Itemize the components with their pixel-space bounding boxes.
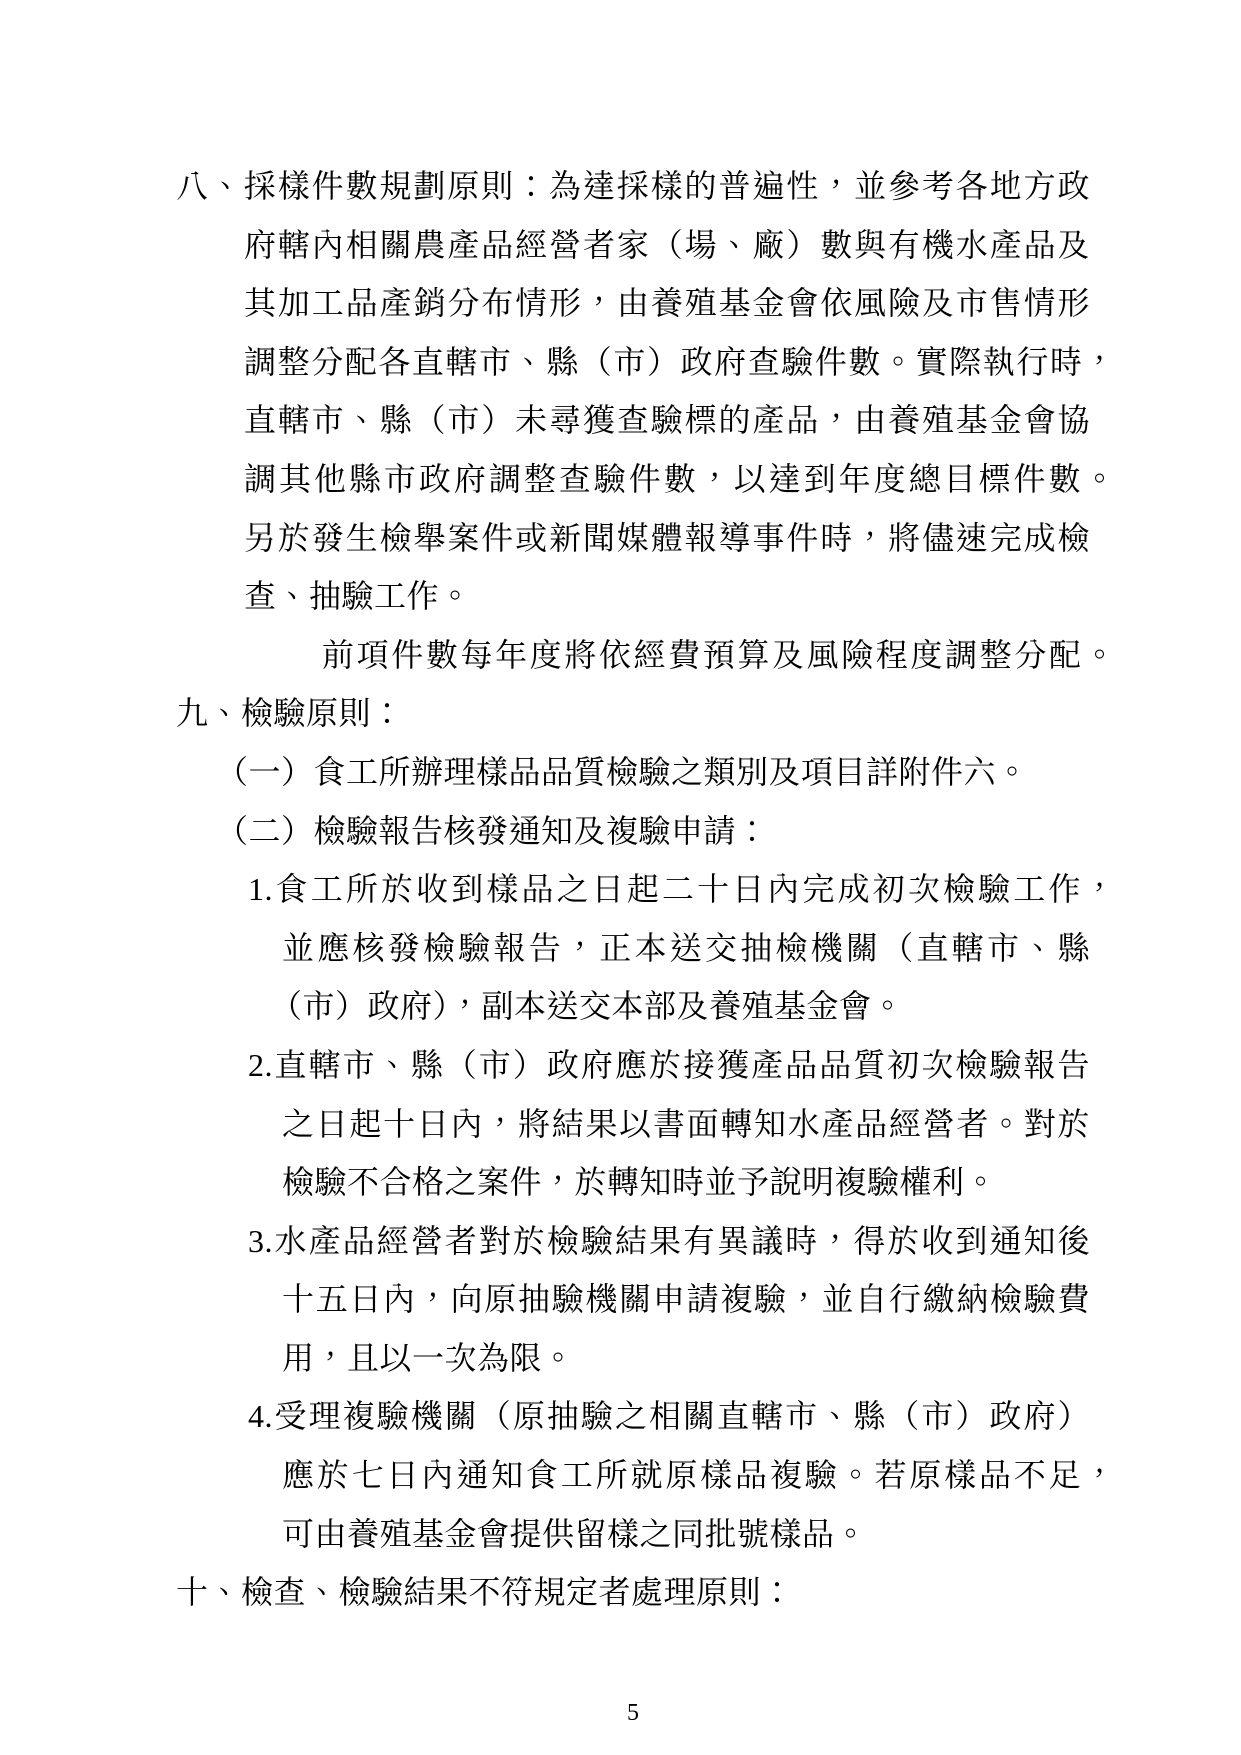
document-page: 八、採樣件數規劃原則：為達採樣的普遍性，並參考各地方政府轄內相關農產品經營者家（… <box>0 0 1241 1755</box>
text-line: 八、採樣件數規劃原則：為達採樣的普遍性，並參考各地方政 <box>176 157 1090 216</box>
document-body: 八、採樣件數規劃原則：為達採樣的普遍性，並參考各地方政府轄內相關農產品經營者家（… <box>0 157 1241 1622</box>
text-line: 應於七日內通知食工所就原樣品複驗。若原樣品不足， <box>282 1446 1116 1505</box>
page-number: 5 <box>176 1700 1090 1726</box>
text-line: 直轄市、縣（市）未尋獲查驗標的產品，由養殖基金會協 <box>244 391 1090 450</box>
text-line: 查、抽驗工作。 <box>244 567 1241 626</box>
text-line: 檢驗不合格之案件，於轉知時並予說明複驗權利。 <box>282 1153 1241 1212</box>
text-line: 並應核發檢驗報告，正本送交抽檢機關（直轄市、縣 <box>282 919 1090 978</box>
text-line: 4.受理複驗機關（原抽驗之相關直轄市、縣（市）政府） <box>248 1387 1090 1446</box>
text-line: 調整分配各直轄市、縣（市）政府查驗件數。實際執行時， <box>244 333 1116 392</box>
text-line: 九、檢驗原則： <box>176 684 1241 743</box>
text-line: 其加工品產銷分布情形，由養殖基金會依風險及市售情形 <box>244 274 1090 333</box>
text-line: 用，且以一次為限。 <box>282 1329 1241 1388</box>
text-line: 十五日內，向原抽驗機關申請複驗，並自行繳納檢驗費 <box>282 1270 1090 1329</box>
text-line: 2.直轄市、縣（市）政府應於接獲產品品質初次檢驗報告 <box>248 1036 1090 1095</box>
text-line: 可由養殖基金會提供留樣之同批號樣品。 <box>282 1505 1241 1564</box>
text-line: 3.水產品經營者對於檢驗結果有異議時，得於收到通知後 <box>248 1212 1090 1271</box>
text-line: 1.食工所於收到樣品之日起二十日內完成初次檢驗工作， <box>248 860 1116 919</box>
text-line: （一）食工所辦理樣品品質檢驗之類別及項目詳附件六。 <box>216 743 1241 802</box>
text-line: 另於發生檢舉案件或新聞媒體報導事件時，將儘速完成檢 <box>244 509 1090 568</box>
text-line: （市）政府），副本送交本部及養殖基金會。 <box>270 977 1241 1036</box>
text-line: 調其他縣市政府調整查驗件數，以達到年度總目標件數。 <box>244 450 1116 509</box>
text-line: 十、檢查、檢驗結果不符規定者處理原則： <box>176 1563 1241 1622</box>
text-line: 前項件數每年度將依經費預算及風險程度調整分配。 <box>322 626 1116 685</box>
text-line: 府轄內相關農產品經營者家（場、廠）數與有機水產品及 <box>244 216 1090 275</box>
text-line: 之日起十日內，將結果以書面轉知水產品經營者。對於 <box>282 1095 1090 1154</box>
text-line: （二）檢驗報告核發通知及複驗申請： <box>216 802 1241 861</box>
